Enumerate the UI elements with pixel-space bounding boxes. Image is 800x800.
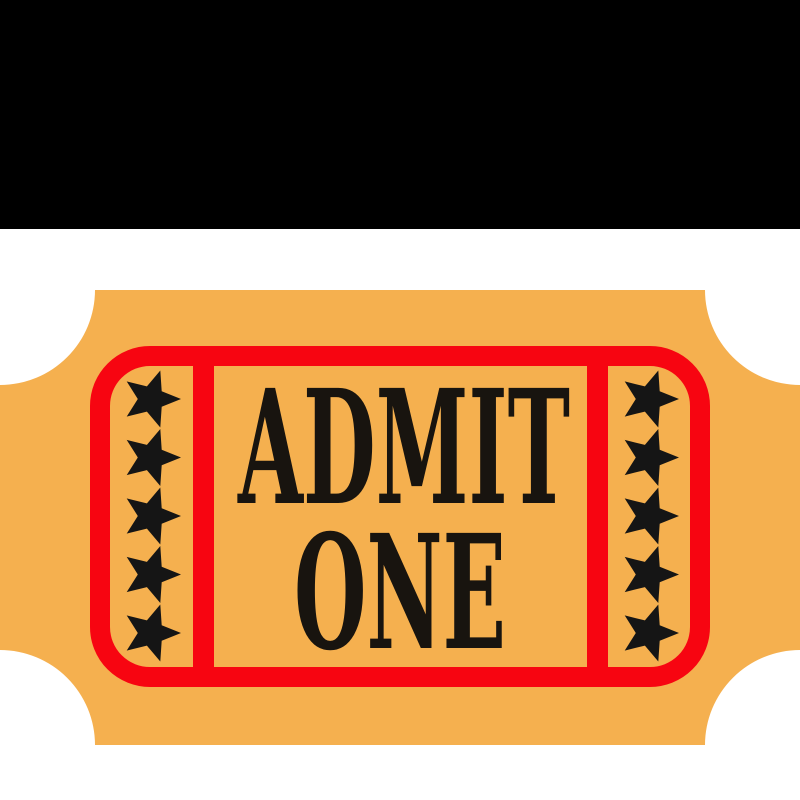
black-banner	[0, 0, 800, 229]
ticket-graphic: ADMIT ONE	[0, 0, 800, 800]
ticket-illustration: ADMIT ONE	[0, 0, 800, 800]
ticket-divider-right	[587, 346, 608, 687]
ticket-divider-left	[193, 346, 214, 687]
ticket-text-line2: ONE	[294, 501, 506, 686]
